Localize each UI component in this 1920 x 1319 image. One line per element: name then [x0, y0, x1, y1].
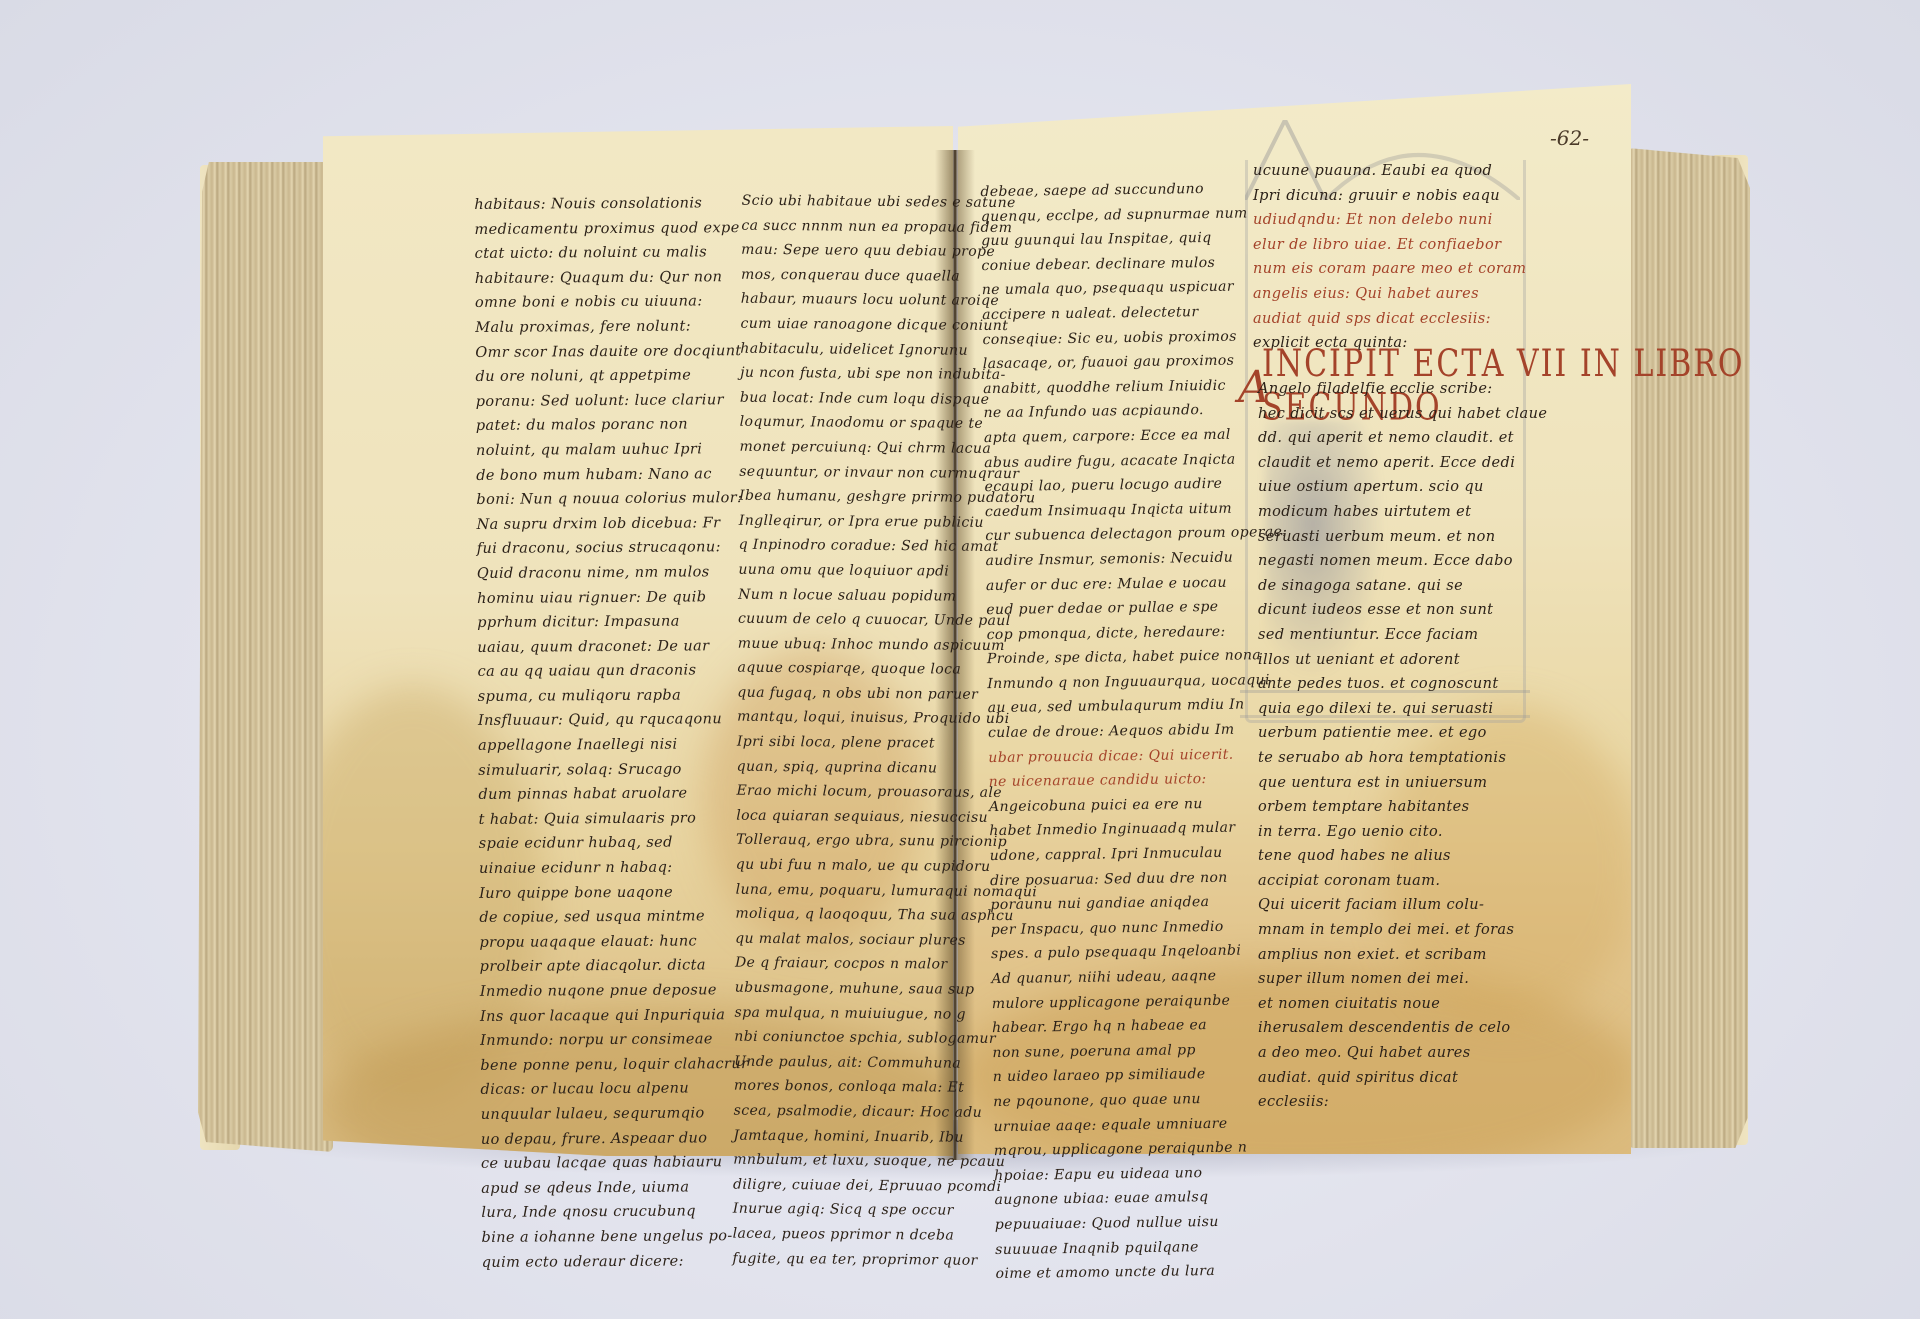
text-line: poranu: Sed uolunt: luce clariur [476, 388, 744, 414]
text-line: t habat: Quia simulaaris pro [479, 806, 747, 832]
right-page-column-2-bottom: Angelo filadelfie ecclie scribe:hec dici… [1258, 376, 1547, 1114]
text-line: du ore noluni, qt appetpime [475, 363, 743, 389]
text-line: Malu proximas, fere nolunt: [475, 314, 743, 340]
text-line: prolbeir apte diacqolur. dicta [480, 953, 748, 979]
text-line: apud se qdeus Inde, uiuma [481, 1175, 749, 1201]
text-line: lacea, pueos pprimor n dceba [732, 1222, 1034, 1249]
text-line: Na supru drxim lob dicebua: Fr [476, 511, 744, 537]
text-line: Inmedio nuqone pnue deposue [480, 978, 748, 1004]
text-line: uiue ostium apertum. scio qu [1258, 474, 1547, 499]
text-line: omne boni e nobis cu uiuuna: [475, 289, 743, 315]
text-line: fugite, qu ea ter, proprimor quor [732, 1246, 1034, 1273]
text-line: Ipri dicuna: gruuir e nobis eaqu [1253, 183, 1526, 208]
text-line: oime et amomo uncte du lura [995, 1258, 1297, 1287]
text-line: diligre, cuiuae dei, Epruuao pcomdi [733, 1172, 1035, 1199]
text-line: ucuune puauna. Eaubi ea quod [1253, 158, 1526, 183]
text-line: dum pinnas habat aruolare [478, 781, 746, 807]
text-line: audiat quid sps dicat ecclesiis: [1253, 306, 1526, 331]
text-line: Unde paulus, ait: Commuhuna [734, 1049, 1036, 1076]
text-line: ctat uicto: du noluint cu malis [475, 240, 743, 266]
text-line: accipiat coronam tuam. [1258, 868, 1547, 893]
text-line: que uentura est in uniuersum [1258, 770, 1547, 795]
text-line: Iuro quippe bone uaqone [479, 880, 747, 906]
left-fore-edge [198, 162, 333, 1152]
text-line: unquular lulaeu, sequrumqio [481, 1101, 749, 1127]
text-line: iherusalem descendentis de celo [1258, 1015, 1547, 1040]
text-line: amplius non exiet. et scribam [1258, 942, 1547, 967]
text-line: in terra. Ego uenio cito. [1258, 819, 1547, 844]
text-line: angelis eius: Qui habet aures [1253, 281, 1526, 306]
text-line: hec dicit scs et uerus qui habet claue [1258, 401, 1547, 426]
right-page-column-2-top: ucuune puauna. Eaubi ea quodIpri dicuna:… [1253, 158, 1526, 355]
text-line: spaie ecidunr hubaq, sed [479, 830, 747, 856]
text-line: Jamtaque, homini, Inuarib, Ibu [733, 1123, 1035, 1150]
text-line: de sinagoga satane. qui se [1258, 573, 1547, 598]
text-line: udiudqndu: Et non delebo nuni [1253, 207, 1526, 232]
text-line: Ins quor lacaque qui Inpuriquia [480, 1003, 748, 1029]
text-line: uerbum patientie mee. et ego [1258, 720, 1547, 745]
text-line: ce uubau lacqae quas habiauru [481, 1150, 749, 1176]
text-line: Quid draconu nime, nm mulos [477, 560, 745, 586]
text-line: scea, psalmodie, dicaur: Hoc adu [734, 1099, 1036, 1126]
text-line: de bono mum hubam: Nano ac [476, 462, 744, 488]
text-line: tene quod habes ne alius [1258, 843, 1547, 868]
text-line: fui draconu, socius strucaqonu: [477, 535, 745, 561]
text-line: boni: Nun q nouua colorius mulor: [476, 486, 744, 512]
text-line: quia ego dilexi te. qui seruasti [1258, 696, 1547, 721]
text-line: noluint, qu malam uuhuc Ipri [476, 437, 744, 463]
text-line: uo depau, frure. Aspeaar duo [481, 1126, 749, 1152]
folio-number: -62- [1550, 126, 1589, 150]
text-line: patet: du malos poranc non [476, 412, 744, 438]
text-line: te seruabo ab hora temptationis [1258, 745, 1547, 770]
text-line: super illum nomen dei mei. [1258, 966, 1547, 991]
text-line: appellagone Inaellegi nisi [478, 732, 746, 758]
text-line: Inmundo: norpu ur consimeae [480, 1027, 748, 1053]
text-line: de copiue, sed usqua mintme [479, 904, 747, 930]
text-line: mores bonos, conloqa mala: Et [734, 1074, 1036, 1101]
text-line: bine a iohanne bene ungelus po- [481, 1224, 749, 1250]
text-line: ca au qq uaiau qun draconis [477, 658, 745, 684]
text-line: dicas: or lucau locu alpenu [480, 1076, 748, 1102]
text-line: dd. qui aperit et nemo claudit. et [1258, 425, 1547, 450]
text-line: audiat. quid spiritus dicat [1258, 1065, 1547, 1090]
text-line: negasti nomen meum. Ecce dabo [1258, 548, 1547, 573]
right-fore-edge [1628, 148, 1750, 1148]
text-line: habitaus: Nouis consolationis [474, 191, 742, 217]
text-line: modicum habes uirtutem et [1258, 499, 1547, 524]
text-line: propu uaqaque elauat: hunc [479, 929, 747, 955]
text-line: Insfluuaur: Quid, qu rqucaqonu [478, 708, 746, 734]
text-line: au eua, sed umbulaqurum mdiu In [987, 692, 1289, 721]
text-line: ecclesiis: [1258, 1089, 1547, 1114]
text-line: nbi coniunctoe spchia, sublogamur [734, 1025, 1036, 1052]
text-line: et nomen ciuitatis noue [1258, 991, 1547, 1016]
text-line: Angelo filadelfie ecclie scribe: [1258, 376, 1547, 401]
text-line: habitaure: Quaqum du: Qur non [475, 265, 743, 291]
text-line: uaiau, quum draconet: De uar [477, 634, 745, 660]
text-line: spuma, cu muliqoru rapba [478, 683, 746, 709]
text-line: illos ut ueniant et adorent [1258, 647, 1547, 672]
text-line: cur subuenca delectagon proum operae: [985, 520, 1287, 549]
text-line: Omr scor Inas dauite ore docqiunt [475, 339, 743, 365]
text-line: hominu uiau rignuer: De quib [477, 585, 745, 611]
right-page-column-1: debeae, saepe ad succundunoquenqu, ecclp… [980, 176, 1298, 1287]
text-line: quenqu, ecclpe, ad supnurmae num [981, 201, 1283, 230]
text-line: mnbulum, et luxu, suoque, ne pcauu [733, 1148, 1035, 1175]
text-line: mnam in templo dei mei. et foras [1258, 917, 1547, 942]
text-line: elur de libro uiae. Et confiaebor [1253, 232, 1526, 257]
text-line: Qui uicerit faciam illum colu- [1258, 892, 1547, 917]
text-line: claudit et nemo aperit. Ecce dedi [1258, 450, 1547, 475]
text-line: uinaiue ecidunr n habaq: [479, 855, 747, 881]
text-line: pprhum dicitur: Impasuna [477, 609, 745, 635]
text-line: seruasti uerbum meum. et non [1258, 524, 1547, 549]
text-line: orbem temptare habitantes [1258, 794, 1547, 819]
left-page-column-1: habitaus: Nouis consolationismedicamentu… [474, 191, 750, 1275]
text-line: ante pedes tuos. et cognoscunt [1258, 671, 1547, 696]
text-line: simuluarir, solaq: Srucago [478, 757, 746, 783]
text-line: lura, Inde qnosu crucubunq [481, 1199, 749, 1225]
text-line: num eis coram paare meo et coram [1253, 256, 1526, 281]
text-line: quim ecto uderaur dicere: [482, 1249, 750, 1275]
text-line: a deo meo. Qui habet aures [1258, 1040, 1547, 1065]
text-line: medicamentu proximus quod expe [474, 216, 742, 242]
text-line: bene ponne penu, loquir clahacrur [480, 1052, 748, 1078]
text-line: Inurue agiq: Sicq q spe occur [733, 1197, 1035, 1224]
text-line: dicunt iudeos esse et non sunt [1258, 597, 1547, 622]
text-line: sed mentiuntur. Ecce faciam [1258, 622, 1547, 647]
